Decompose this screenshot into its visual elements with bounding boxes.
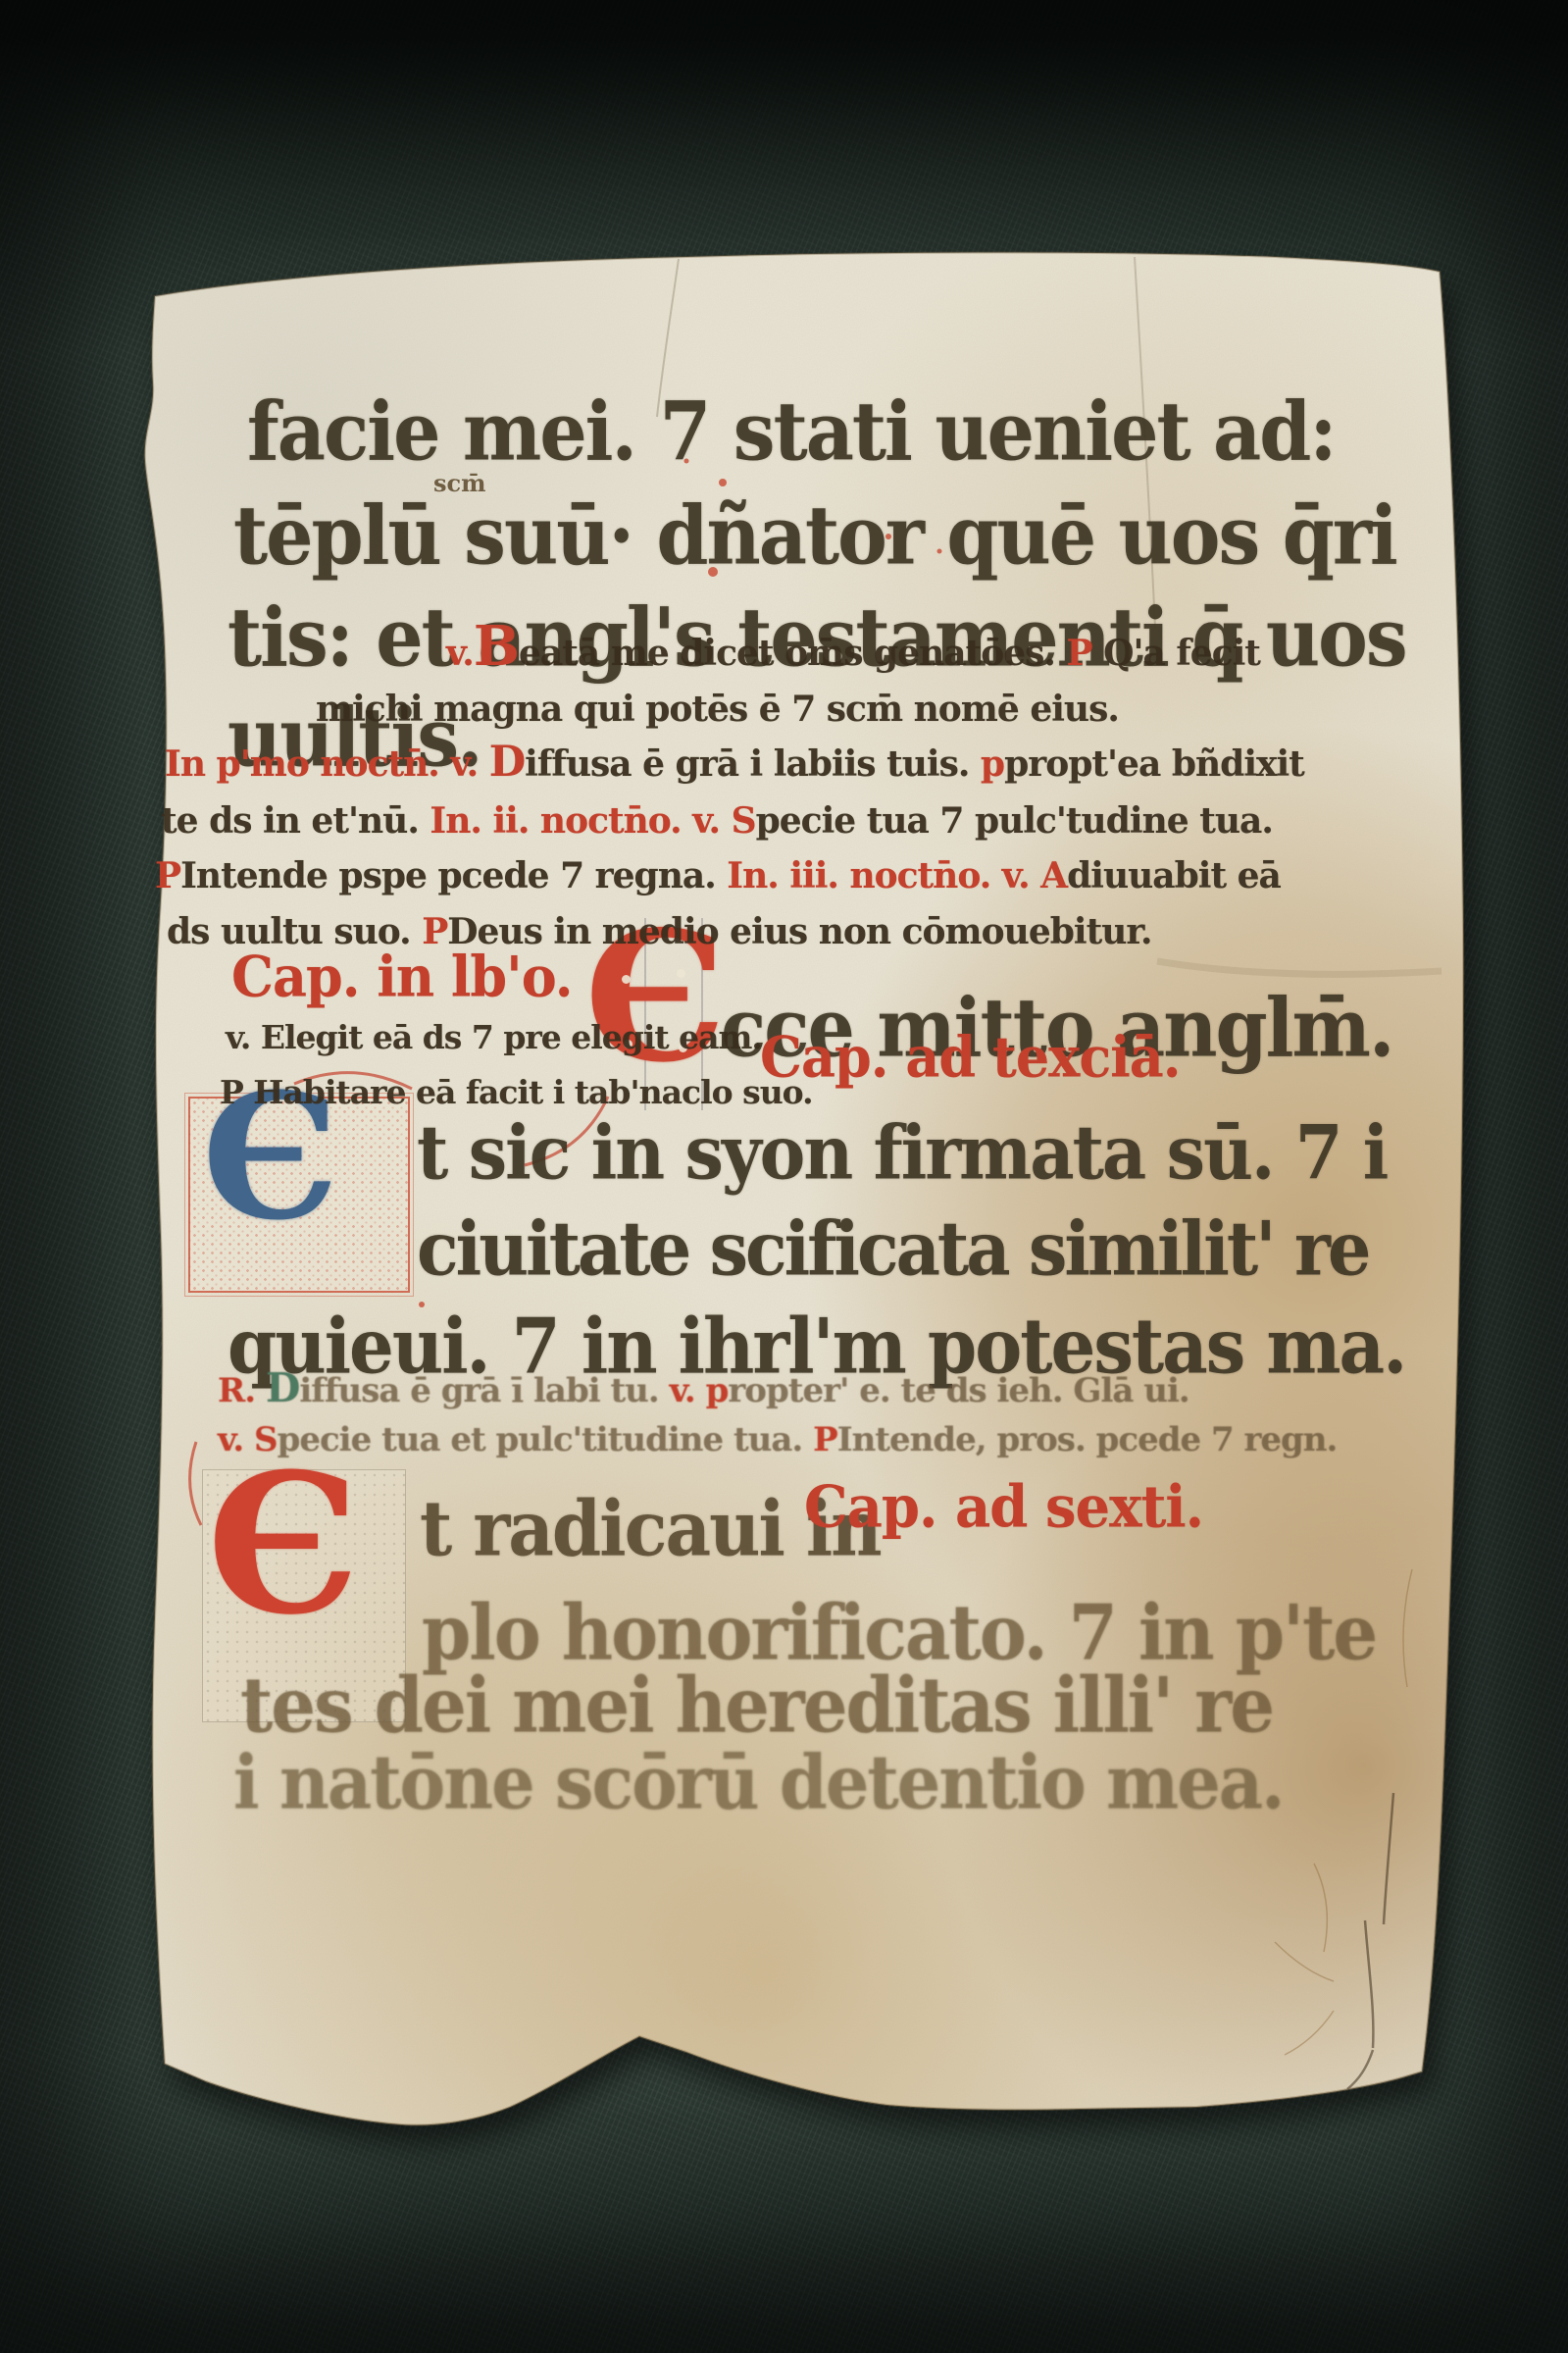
photo-background: Є Є Є scm̄ facie mei. 7 stati ueniet ad:… xyxy=(0,0,1568,2353)
parchment-sheet xyxy=(0,0,1568,2353)
manuscript-leaf xyxy=(0,0,1568,2353)
